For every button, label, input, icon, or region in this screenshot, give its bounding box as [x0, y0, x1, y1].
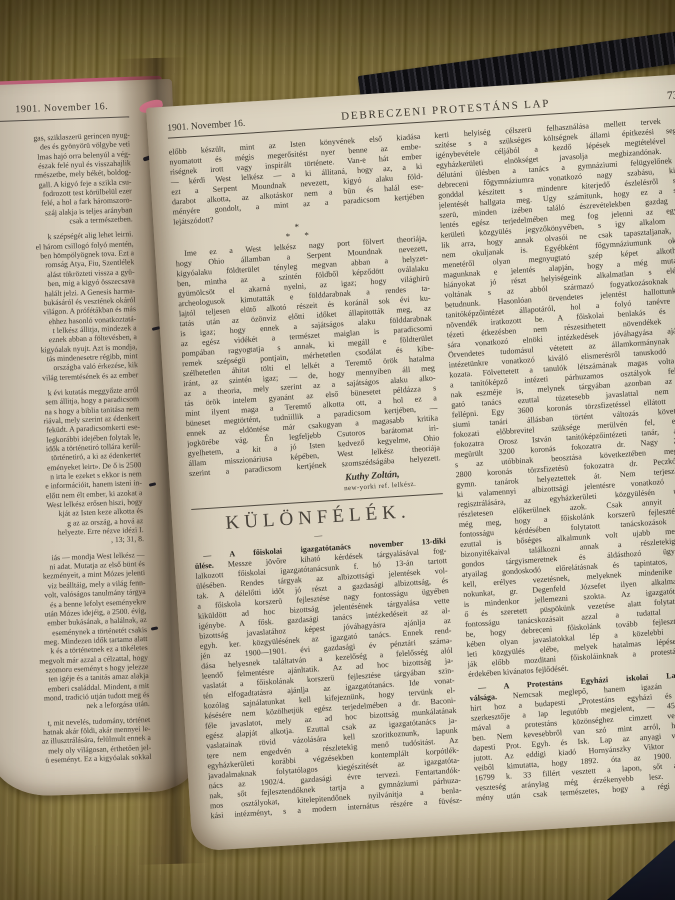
photo-of-open-book: 1901. November 16. gas, sziklaszerü geri…	[0, 0, 675, 900]
news-lead-bold: ülése.	[195, 561, 214, 571]
left-page-paragraph: t, mit nevelés, tudomány, történethatnak…	[0, 715, 152, 767]
text-columns: előbb készült, mint az Isten könyvének e…	[169, 114, 675, 821]
column-right: kerti helyiség célszerü felhasználása me…	[434, 115, 675, 804]
news-item-body: hirt hoz a budapesti „Protestáns egyházi…	[470, 688, 675, 804]
news-item-body: lalkozott főiskolai igazgatótanácsunk f.…	[195, 556, 462, 821]
issue-date: 1901. November 16.	[167, 114, 317, 133]
newspaper-title: DEBRECZENI PROTESTÁNS LAP	[317, 96, 575, 124]
paragraph: hogy Ohio államban a Serpent Moundnak ne…	[176, 244, 441, 479]
column-left: előbb készült, mint az Isten könyvének e…	[169, 132, 463, 821]
right-book-page: 1901. November 16. DEBRECZENI PROTESTÁNS…	[146, 72, 675, 851]
left-page-paragraph: k szépségét alig lehet leirni.el három c…	[0, 230, 138, 385]
left-page-paragraph: gas, sziklaszerü gerincen nyug-des és gy…	[0, 130, 133, 229]
news-lead-bold: válsága.	[469, 692, 497, 703]
page-number: 737	[574, 88, 675, 108]
paragraph: kerti helyiség célszerü felhasználása me…	[434, 115, 675, 670]
left-page-paragraph: iás — mondja West lelkész —ni adat. Muta…	[0, 550, 150, 714]
left-page-date-header: 1901. November 16.	[0, 100, 129, 122]
left-page-paragraph: k évi kutatás meggyőzte arrólsem állitja…	[0, 385, 144, 549]
dark-object-bottom-right	[607, 840, 675, 900]
